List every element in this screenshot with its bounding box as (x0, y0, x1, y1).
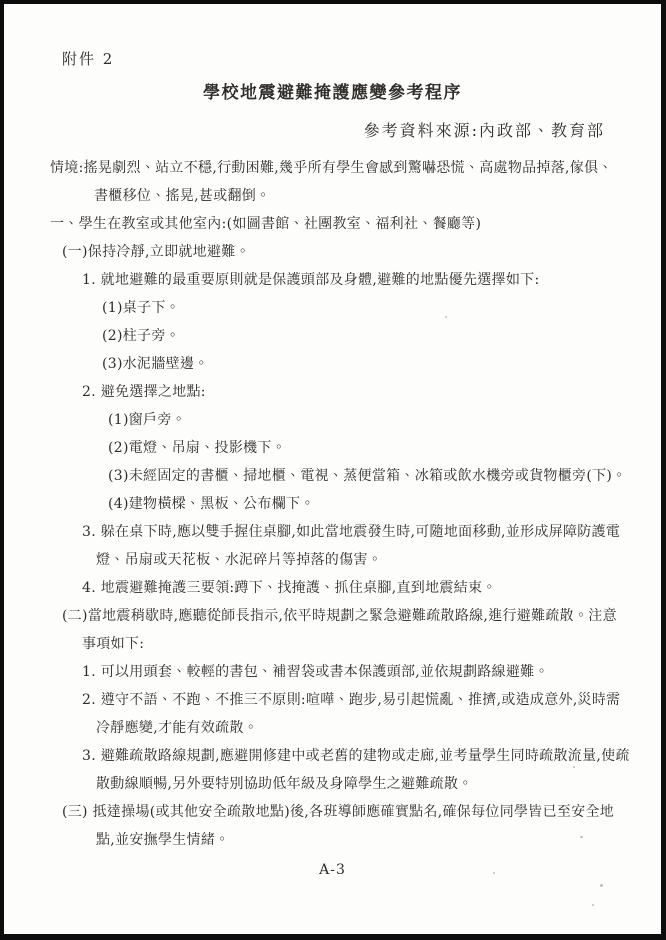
scan-speck (445, 316, 447, 318)
body-line: (二)當地震稍歇時,應聽從師長指示,依平時規劃之緊急避難疏散路線,進行避難疏散。… (4, 602, 666, 630)
document-title: 學校地震避難掩護應變參考程序 (4, 78, 661, 103)
body-line: (3)未經固定的書櫃、掃地櫃、電視、蒸便當箱、冰箱或飲水機旁或貨物櫃旁(下)。 (4, 462, 666, 490)
body-line: (1)窗戶旁。 (4, 406, 666, 434)
body-line: (4)建物橫樑、黑板、公布欄下。 (4, 490, 666, 518)
body-line: (3)水泥牆壁邊。 (4, 350, 666, 378)
body-line: 一、學生在教室或其他室內:(如圖書館、社團教室、福利社、餐廳等) (4, 210, 666, 238)
body-line: 冷靜應變,才能有效疏散。 (4, 714, 666, 742)
body-line: (2)電燈、吊扇、投影機下。 (4, 434, 666, 462)
body-line: 1. 就地避難的最重要原則就是保護頭部及身體,避難的地點優先選擇如下: (4, 266, 666, 294)
scan-speck (592, 904, 594, 906)
body-line: 情境:搖晃劇烈、站立不穩,行動困難,幾乎所有學生會感到驚嚇恐慌、高處物品掉落,傢… (4, 154, 666, 182)
body-line: 2. 遵守不語、不跑、不推三不原則:喧嘩、跑步,易引起慌亂、推擠,或造成意外,災… (4, 686, 666, 714)
source-reference: 參考資料來源:內政部、教育部 (364, 118, 605, 141)
body-line: 書櫃移位、搖晃,甚或翻倒。 (4, 182, 666, 210)
body-line: 3. 躲在桌下時,應以雙手握住桌腳,如此當地震發生時,可隨地面移動,並形成屏障防… (4, 518, 666, 546)
scan-speck (580, 836, 583, 838)
body-line: 4. 地震避難掩護三要領:蹲下、找掩護、抓住桌腳,直到地震結束。 (4, 574, 666, 602)
scan-speck (493, 872, 495, 874)
scan-speck (573, 766, 575, 768)
body-line: (2)柱子旁。 (4, 322, 666, 350)
body-line: 燈、吊扇或天花板、水泥碎片等掉落的傷害。 (4, 546, 666, 574)
document-page: 附件 2 學校地震避難掩護應變參考程序 參考資料來源:內政部、教育部 情境:搖晃… (0, 0, 666, 940)
document-body: 情境:搖晃劇烈、站立不穩,行動困難,幾乎所有學生會感到驚嚇恐慌、高處物品掉落,傢… (4, 154, 666, 854)
body-line: 散動線順暢,另外要特別協助低年級及身障學生之避難疏散。 (4, 770, 666, 798)
body-line: (三) 抵達操場(或其他安全疏散地點)後,各班導師應確實點名,確保每位同學皆已至… (4, 798, 666, 826)
body-line: 1. 可以用頭套、較輕的書包、補習袋或書本保護頭部,並依規劃路線避難。 (4, 658, 666, 686)
body-line: 事項如下: (4, 630, 666, 658)
scan-speck (600, 884, 603, 887)
body-line: 3. 避難疏散路線規劃,應避開修建中或老舊的建物或走廊,並考量學生同時疏散流量,… (4, 742, 666, 770)
attachment-label: 附件 2 (62, 48, 114, 69)
body-line: 點,並安撫學生情緒。 (4, 826, 666, 854)
body-line: 2. 避免選擇之地點: (4, 378, 666, 406)
scan-speck (578, 701, 581, 704)
page-number: A-3 (4, 862, 661, 878)
body-line: (一)保持冷靜,立即就地避難。 (4, 238, 666, 266)
body-line: (1)桌子下。 (4, 294, 666, 322)
